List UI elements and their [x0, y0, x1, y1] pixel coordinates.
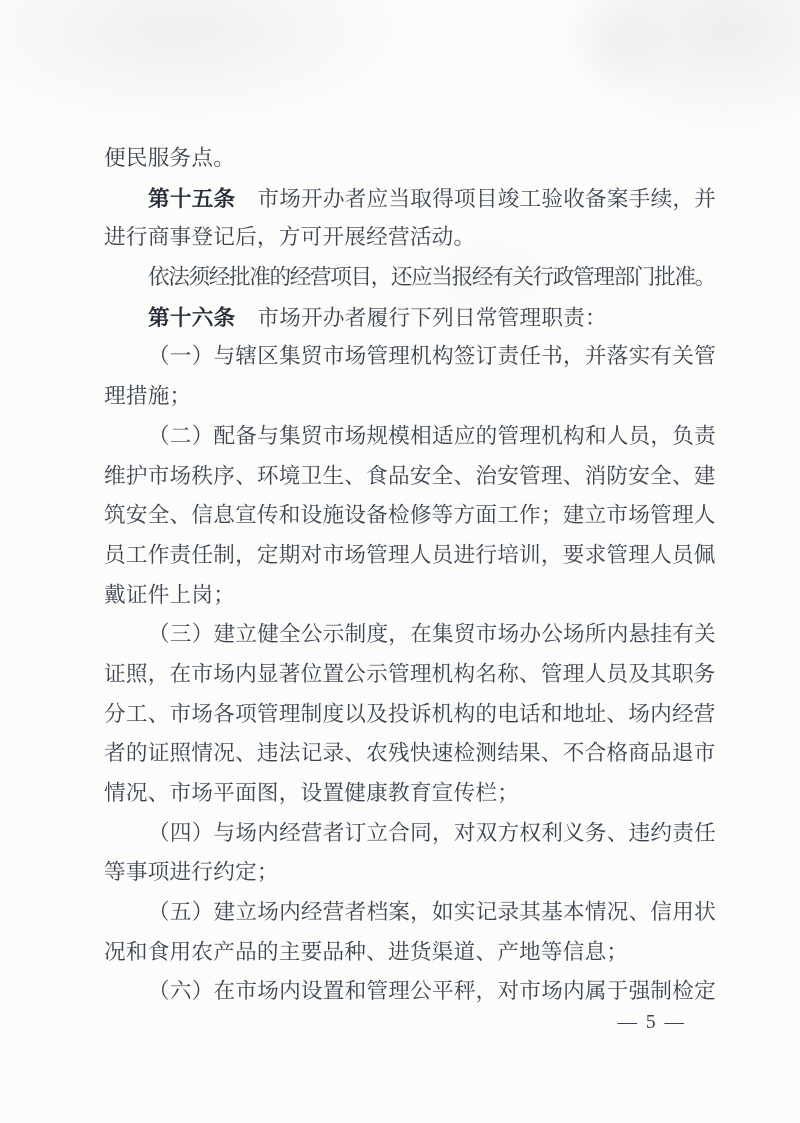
- line-text: 员工作责任制，定期对市场管理人员进行培训，要求管理人员佩: [104, 543, 716, 567]
- text-line: （三）建立健全公示制度，在集贸市场办公场所内悬挂有关: [104, 615, 718, 655]
- line-text: （六）在市场内设置和管理公平秤，对市场内属于强制检定: [148, 979, 716, 1003]
- text-line: （四）与场内经营者订立合同，对双方权利义务、违约责任: [104, 814, 718, 854]
- line-text: 市场开办者履行下列日常管理职责：: [257, 306, 607, 330]
- article-heading: 第十六条: [148, 305, 235, 330]
- article-heading: 第十五条: [148, 186, 235, 211]
- text-line: 情况、市场平面图，设置健康教育宣传栏；: [104, 774, 718, 814]
- document-body: 便民服务点。第十五条市场开办者应当取得项目竣工验收备案手续，并进行商事登记后，方…: [104, 139, 718, 1012]
- line-text: 理措施；: [104, 384, 191, 408]
- line-text: （三）建立健全公示制度，在集贸市场办公场所内悬挂有关: [148, 622, 716, 646]
- text-line: （一）与辖区集贸市场管理机构签订责任书，并落实有关管: [104, 337, 718, 377]
- text-line: 筑安全、信息宣传和设施设备检修等方面工作；建立市场管理人: [104, 496, 718, 536]
- line-text: （二）配备与集贸市场规模相适应的管理机构和人员，负责: [148, 424, 716, 448]
- line-text: 情况、市场平面图，设置健康教育宣传栏；: [104, 781, 519, 805]
- text-line: 者的证照情况、违法记录、农残快速检测结果、不合格商品退市: [104, 734, 718, 774]
- text-line: 依法须经批准的经营项目，还应当报经有关行政管理部门批准。: [104, 258, 718, 298]
- text-line: 员工作责任制，定期对市场管理人员进行培训，要求管理人员佩: [104, 536, 718, 576]
- line-text: 证照，在市场内显著位置公示管理机构名称、管理人员及其职务: [104, 662, 716, 686]
- line-text: 市场开办者应当取得项目竣工验收备案手续，并: [257, 187, 716, 211]
- line-text: 筑安全、信息宣传和设施设备检修等方面工作；建立市场管理人: [104, 503, 716, 527]
- line-text: （四）与场内经营者订立合同，对双方权利义务、违约责任: [148, 821, 716, 845]
- text-line: 进行商事登记后，方可开展经营活动。: [104, 218, 718, 258]
- line-text: （一）与辖区集贸市场管理机构签订责任书，并落实有关管: [148, 344, 716, 368]
- scan-smudge: [560, 0, 680, 100]
- line-text: 依法须经批准的经营项目，还应当报经有关行政管理部门批准。: [148, 265, 715, 289]
- text-line: （五）建立场内经营者档案，如实记录其基本情况、信用状: [104, 893, 718, 933]
- text-line: 况和食用农产品的主要品种、进货渠道、产地等信息；: [104, 933, 718, 973]
- document-page: 便民服务点。第十五条市场开办者应当取得项目竣工验收备案手续，并进行商事登记后，方…: [0, 0, 800, 1123]
- text-line: （六）在市场内设置和管理公平秤，对市场内属于强制检定: [104, 972, 718, 1012]
- line-text: 分工、市场各项管理制度以及投诉机构的电话和地址、场内经营: [104, 702, 716, 726]
- text-line: （二）配备与集贸市场规模相适应的管理机构和人员，负责: [104, 417, 718, 457]
- text-line: 证照，在市场内显著位置公示管理机构名称、管理人员及其职务: [104, 655, 718, 695]
- scan-smudge: [560, 0, 800, 140]
- line-text: 便民服务点。: [104, 146, 235, 170]
- scan-smudge: [0, 0, 420, 130]
- text-line: 分工、市场各项管理制度以及投诉机构的电话和地址、场内经营: [104, 695, 718, 735]
- text-line: 戴证件上岗；: [104, 576, 718, 616]
- line-text: 进行商事登记后，方可开展经营活动。: [104, 225, 475, 249]
- text-line: 等事项进行约定；: [104, 853, 718, 893]
- text-line: 便民服务点。: [104, 139, 718, 179]
- line-text: 戴证件上岗；: [104, 583, 235, 607]
- line-text: （五）建立场内经营者档案，如实记录其基本情况、信用状: [148, 900, 716, 924]
- page-number: — 5 —: [618, 1008, 687, 1038]
- line-text: 维护市场秩序、环境卫生、食品安全、治安管理、消防安全、建: [104, 464, 716, 488]
- text-line: 第十五条市场开办者应当取得项目竣工验收备案手续，并: [104, 179, 718, 219]
- text-line: 第十六条市场开办者履行下列日常管理职责：: [104, 298, 718, 338]
- text-line: 维护市场秩序、环境卫生、食品安全、治安管理、消防安全、建: [104, 457, 718, 497]
- line-text: 况和食用农产品的主要品种、进货渠道、产地等信息；: [104, 940, 628, 964]
- line-text: 者的证照情况、违法记录、农残快速检测结果、不合格商品退市: [104, 741, 716, 765]
- line-text: 等事项进行约定；: [104, 860, 279, 884]
- text-line: 理措施；: [104, 377, 718, 417]
